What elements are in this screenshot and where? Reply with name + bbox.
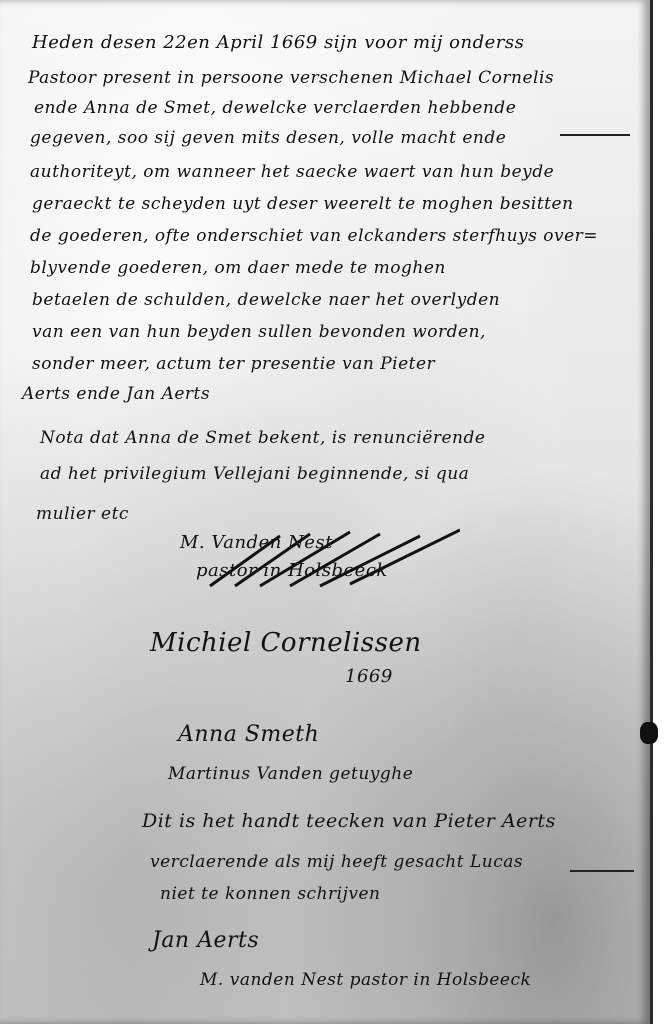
manuscript-page: Heden desen 22en April 1669 sijn voor mi… <box>0 0 653 1024</box>
text-line: Aerts ende Jan Aerts <box>22 384 210 404</box>
text-line: betaelen de schulden, dewelcke naer het … <box>32 290 500 310</box>
ink-blot <box>640 722 658 744</box>
text-line: authoriteyt, om wanneer het saecke waert… <box>30 162 554 182</box>
signature-michael: Michiel Cornelissen <box>150 628 422 658</box>
flourish-line <box>570 870 634 872</box>
mark-note-line: Dit is het handt teecken van Pieter Aert… <box>142 810 556 832</box>
signature-jan-aerts: Jan Aerts <box>152 928 259 953</box>
text-line: Heden desen 22en April 1669 sijn voor mi… <box>32 32 524 53</box>
strikethrough-scribble <box>190 528 460 588</box>
note-line: ad het privilegium Vellejani beginnende,… <box>40 464 469 484</box>
mark-note-line: niet te konnen schrijven <box>160 884 380 904</box>
flourish-line <box>560 134 630 136</box>
text-line: sonder meer, actum ter presentie van Pie… <box>32 354 435 374</box>
signature-pastor: M. vanden Nest pastor in Holsbeeck <box>200 970 531 990</box>
signature-witness: Martinus Vanden getuyghe <box>168 764 413 784</box>
signature-anna: Anna Smeth <box>178 722 319 747</box>
text-line: Pastoor present in persoone verschenen M… <box>28 68 554 88</box>
text-line: gegeven, soo sij geven mits desen, volle… <box>30 128 506 148</box>
mark-note-line: verclaerende als mij heeft gesacht Lucas <box>150 852 523 872</box>
text-line: blyvende goederen, om daer mede te moghe… <box>30 258 446 278</box>
text-line: de goederen, ofte onderschiet van elckan… <box>30 226 598 246</box>
text-line: geraeckt te scheyden uyt deser weerelt t… <box>32 194 574 214</box>
note-line: mulier etc <box>36 504 129 524</box>
note-line: Nota dat Anna de Smet bekent, is renunci… <box>40 428 485 448</box>
signature-year: 1669 <box>345 666 393 687</box>
text-line: van een van hun beyden sullen bevonden w… <box>32 322 486 342</box>
text-line: ende Anna de Smet, dewelcke verclaerden … <box>34 98 516 118</box>
